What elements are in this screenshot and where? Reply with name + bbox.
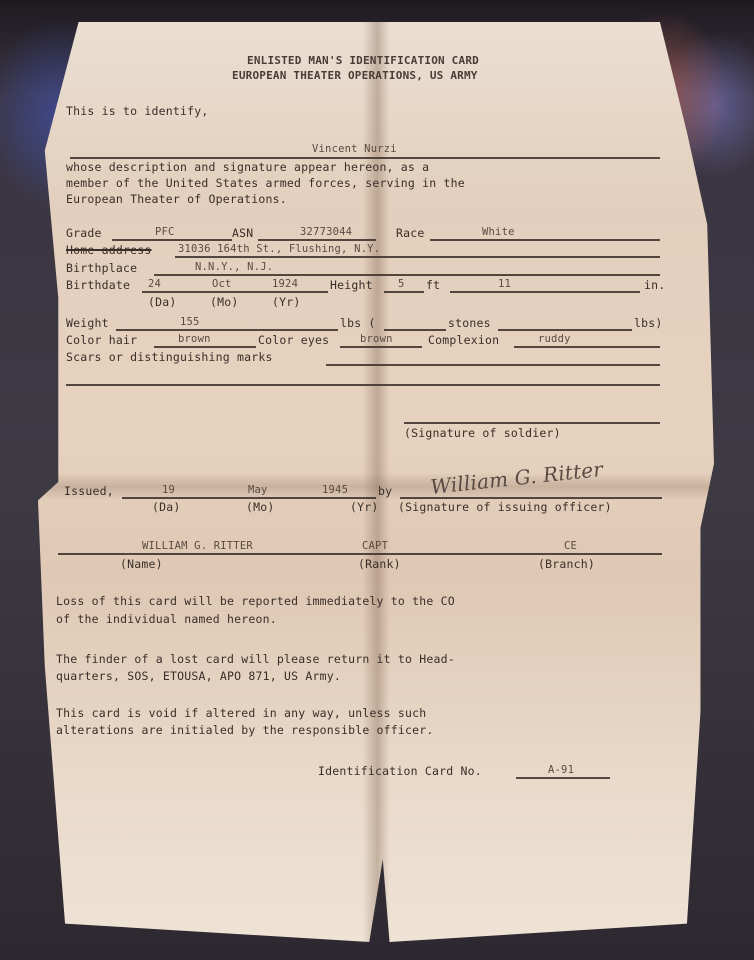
birthdate-month: Oct — [212, 278, 232, 290]
stones-label: stones — [448, 316, 491, 330]
card-title-line2: EUROPEAN THEATER OPERATIONS, US ARMY — [232, 69, 478, 82]
issued-label: Issued, — [64, 484, 114, 498]
stones-rule — [384, 329, 446, 331]
officer-name-caption: (Name) — [120, 557, 163, 571]
complexion-value: ruddy — [538, 333, 571, 345]
birthdate-rule — [142, 291, 328, 293]
eyes-value: brown — [360, 333, 393, 345]
height-ft-rule — [384, 291, 424, 293]
race-value: White — [482, 226, 515, 238]
height-label: Height — [330, 278, 373, 292]
issued-year: 1945 — [322, 484, 348, 496]
weight-label: Weight — [66, 316, 109, 330]
issuing-officer-signature: William G. Ritter — [429, 457, 604, 499]
complexion-label: Complexion — [428, 333, 499, 347]
race-rule — [430, 239, 660, 241]
eyes-label: Color eyes — [258, 333, 329, 347]
stones-unit: lbs) — [634, 316, 663, 330]
card-number-rule — [516, 777, 610, 779]
eyes-rule — [340, 346, 422, 348]
birthplace-label: Birthplace — [66, 261, 137, 275]
scars-label: Scars or distinguishing marks — [66, 350, 273, 364]
birthplace-value: N.N.Y., N.J. — [195, 261, 273, 273]
card-number-label: Identification Card No. — [318, 764, 482, 778]
weight-value: 155 — [180, 316, 200, 328]
grade-label: Grade — [66, 226, 102, 240]
name-rule — [70, 157, 660, 159]
card-title-line1: ENLISTED MAN'S IDENTIFICATION CARD — [247, 54, 479, 67]
description-line-2: member of the United States armed forces… — [66, 176, 465, 190]
asn-rule — [258, 239, 376, 241]
grade-rule — [112, 239, 232, 241]
race-label: Race — [396, 226, 425, 240]
officer-rule — [58, 553, 662, 555]
height-in-value: 11 — [498, 278, 511, 290]
weight-unit: lbs ( — [340, 316, 376, 330]
issued-rule — [122, 497, 376, 499]
soldier-signature-caption: (Signature of soldier) — [404, 426, 561, 440]
officer-signature-rule — [400, 497, 662, 499]
height-ft-unit: ft — [426, 278, 440, 292]
issued-month: May — [248, 484, 268, 496]
birthdate-year: 1924 — [272, 278, 298, 290]
height-ft-value: 5 — [398, 278, 405, 290]
height-in-rule — [450, 291, 640, 293]
id-card-content: ENLISTED MAN'S IDENTIFICATION CARD EUROP… — [0, 0, 754, 960]
scars-rule-2 — [66, 384, 660, 386]
hair-value: brown — [178, 333, 211, 345]
birthdate-label: Birthdate — [66, 278, 130, 292]
officer-branch: CE — [564, 540, 577, 552]
birthdate-day: 24 — [148, 278, 161, 290]
soldier-name: Vincent Nurzi — [312, 143, 397, 155]
birthdate-day-caption: (Da) — [148, 295, 177, 309]
notice-loss-line-2: of the individual named hereon. — [56, 612, 277, 626]
notice-finder-line-1: The finder of a lost card will please re… — [56, 652, 455, 666]
issued-day-caption: (Da) — [152, 500, 181, 514]
issued-day: 19 — [162, 484, 175, 496]
home-address-label: Home address — [66, 243, 151, 257]
stones-lbs-rule — [498, 329, 632, 331]
soldier-signature-rule — [404, 422, 660, 424]
scars-rule — [326, 364, 660, 366]
description-line-1: whose description and signature appear h… — [66, 160, 429, 174]
home-address-rule — [175, 256, 660, 258]
officer-signature-caption: (Signature of issuing officer) — [398, 500, 612, 514]
notice-loss-line-1: Loss of this card will be reported immed… — [56, 594, 455, 608]
birthdate-month-caption: (Mo) — [210, 295, 239, 309]
asn-label: ASN — [232, 226, 253, 240]
notice-void-line-2: alterations are initialed by the respons… — [56, 723, 434, 737]
hair-rule — [154, 346, 256, 348]
weight-rule — [116, 329, 338, 331]
issued-by: by — [378, 484, 392, 498]
notice-void-line-1: This card is void if altered in any way,… — [56, 706, 426, 720]
issued-month-caption: (Mo) — [246, 500, 275, 514]
officer-branch-caption: (Branch) — [538, 557, 595, 571]
asn-value: 32773044 — [300, 226, 352, 238]
hair-label: Color hair — [66, 333, 137, 347]
description-line-3: European Theater of Operations. — [66, 192, 287, 206]
card-number-value: A-91 — [548, 764, 574, 776]
notice-finder-line-2: quarters, SOS, ETOUSA, APO 871, US Army. — [56, 669, 341, 683]
height-in-unit: in. — [644, 278, 665, 292]
officer-name: WILLIAM G. RITTER — [142, 540, 253, 552]
home-address-value: 31036 164th St., Flushing, N.Y. — [178, 243, 380, 255]
complexion-rule — [514, 346, 660, 348]
birthdate-year-caption: (Yr) — [272, 295, 301, 309]
issued-year-caption: (Yr) — [350, 500, 379, 514]
birthplace-rule — [154, 274, 660, 276]
officer-rank-caption: (Rank) — [358, 557, 401, 571]
officer-rank: CAPT — [362, 540, 388, 552]
intro-text: This is to identify, — [66, 104, 208, 118]
grade-value: PFC — [155, 226, 175, 238]
